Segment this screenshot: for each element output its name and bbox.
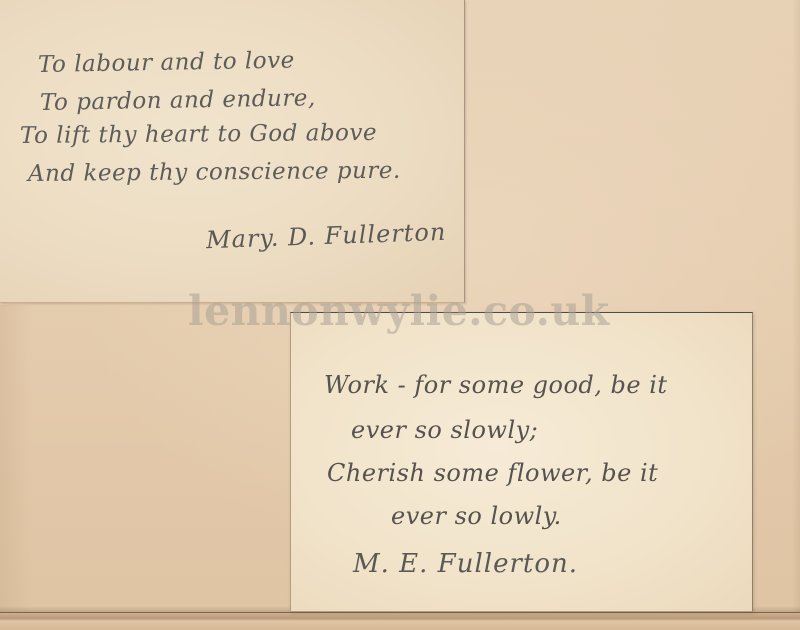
autograph-card-bottom: Work - for some good, be it ever so slow… bbox=[290, 312, 753, 612]
poem-line-4: ever so lowly. bbox=[391, 502, 562, 530]
album-page: To labour and to love To pardon and endu… bbox=[0, 0, 800, 630]
signature: Mary. D. Fullerton bbox=[206, 218, 447, 254]
poem-line-2: ever so slowly; bbox=[351, 416, 538, 444]
page-shadow bbox=[0, 305, 32, 615]
page-fold bbox=[792, 0, 800, 630]
poem-line-4: And keep thy conscience pure. bbox=[28, 158, 401, 187]
poem-line-1: Work - for some good, be it bbox=[324, 371, 668, 399]
autograph-card-top: To labour and to love To pardon and endu… bbox=[0, 0, 465, 303]
poem-line-2: To pardon and endure, bbox=[40, 85, 316, 116]
poem-line-1: To labour and to love bbox=[38, 48, 295, 78]
page-bottom-edge bbox=[0, 612, 800, 630]
poem-line-3: To lift thy heart to God above bbox=[20, 120, 377, 149]
signature: M. E. Fullerton. bbox=[353, 549, 578, 579]
poem-line-3: Cherish some flower, be it bbox=[327, 459, 658, 487]
watermark: lennonwylie.co.uk bbox=[188, 291, 610, 332]
